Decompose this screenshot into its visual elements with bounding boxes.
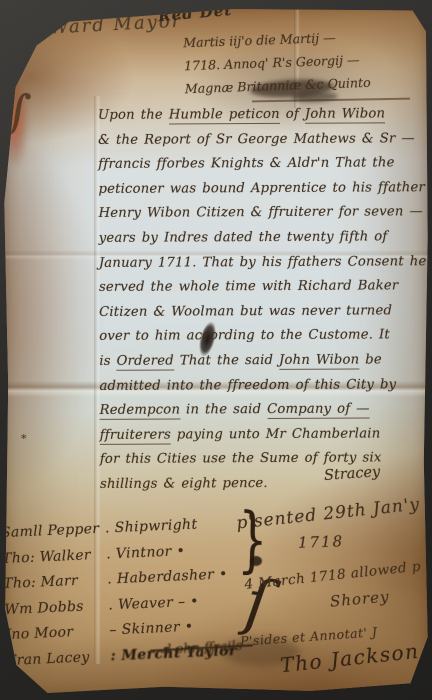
body-line: ffrancis fforbes Knights & Aldr'n That t…	[98, 151, 432, 177]
underlined-word: Redempcon	[100, 403, 181, 420]
body-line: January 1711. That by his ffathers Conse…	[99, 250, 432, 276]
parchment-sheet: Ward Mayor Red Det ∫ ∗ Martis iij'o die …	[0, 0, 432, 700]
body-line: for this Cities use the Sume of forty si…	[100, 446, 432, 472]
surety-trade: – Skinner •	[109, 619, 194, 639]
body-text-segment: That the said	[174, 353, 279, 369]
body-line: shillings & eight pence.	[100, 471, 432, 497]
body-text-segment: paying unto Mr Chamberlain	[171, 426, 380, 442]
body-line: & the Report of Sr George Mathews & Sr —	[98, 127, 432, 153]
presented-year: 1718	[298, 532, 345, 552]
surety-name: Tho: Walker	[2, 546, 107, 567]
body-line: Henry Wibon Citizen & ffruiterer for sev…	[98, 201, 432, 227]
body-line: ffruiterers paying unto Mr Chamberlain	[100, 422, 432, 448]
surety-name: Fran Lacey	[6, 648, 111, 669]
body-text-segment: be	[359, 352, 382, 367]
surety-trade: . Vintnor •	[106, 543, 186, 562]
body-line: Upon the Humble peticon of John Wibon	[98, 102, 432, 128]
underlined-name: John Wibon	[305, 106, 385, 123]
underlined-phrase: Company of —	[267, 402, 370, 420]
underlined-word: Ordered	[117, 353, 174, 370]
latin-dating-clause: Martis iij'o die Martij — 1718. Annoq' R…	[183, 25, 371, 100]
underlined-word: ffruiterers	[100, 427, 171, 444]
clerk-signature-shorey: Shorey	[329, 587, 390, 610]
docket-note: Red Det	[157, 1, 232, 25]
body-line: peticoner was bound Apprentice to his ff…	[98, 176, 432, 202]
body-text-segment: of	[280, 107, 305, 122]
allowed-date-note: 4 March 1718 allowed p Cur	[244, 555, 432, 593]
photo-of-manuscript: Ward Mayor Red Det ∫ ∗ Martis iij'o die …	[0, 0, 432, 700]
body-text-segment: is	[99, 354, 116, 369]
body-line: is Ordered That the said John Wibon be	[99, 348, 432, 374]
body-text-segment: in the said	[180, 402, 267, 417]
underlined-phrase: Humble peticon	[169, 107, 280, 125]
body-line: served the whole time with Richard Baker	[99, 274, 432, 300]
order-body-text: Upon the Humble peticon of John Wibon & …	[98, 102, 432, 497]
surety-name: Tho: Marr	[3, 572, 108, 593]
surety-name: Wm Dobbs	[4, 597, 109, 618]
surety-name: Jno Moor	[5, 623, 110, 644]
underlined-name: John Wibon	[279, 352, 359, 369]
margin-asterisk-mark: ∗	[20, 430, 27, 443]
surety-name: Samll Pepper	[1, 521, 106, 542]
body-line: Citizen & Woolman but was never turned	[99, 299, 432, 325]
body-line: over to him according to the Custome. It	[99, 323, 432, 349]
body-text-segment: Upon the	[98, 108, 169, 123]
body-line: years by Indres dated the twenty fifth o…	[99, 225, 432, 251]
margin-flourish-mark: ∫	[3, 83, 33, 140]
body-line: admitted into the ffreedom of this City …	[99, 373, 432, 399]
body-line: Redempcon in the said Company of —	[100, 397, 432, 423]
surety-trade: . Shipwright	[105, 517, 198, 537]
surety-trade: . Weaver – •	[108, 593, 199, 613]
